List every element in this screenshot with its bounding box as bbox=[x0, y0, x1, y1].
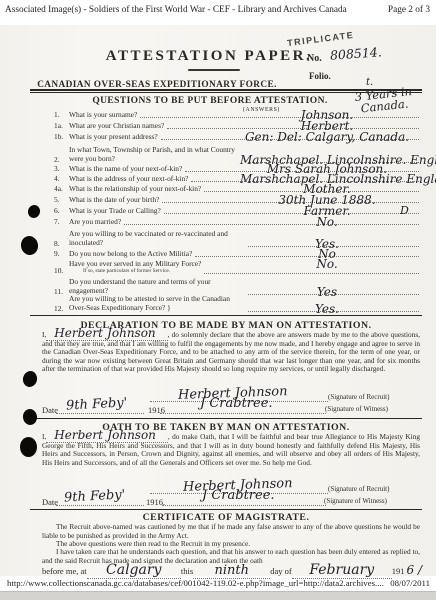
number-label: No. bbox=[307, 53, 322, 64]
question-text: What is your surname? bbox=[69, 110, 137, 119]
witness-signature-handwritten: J Crabtree. bbox=[200, 396, 273, 411]
question-row-4a: 4a.What is the relationship of your next… bbox=[54, 184, 422, 193]
date-dotted-line bbox=[56, 505, 144, 506]
question-number: 8. bbox=[54, 239, 69, 248]
question-text: What is your Trade or Calling? bbox=[69, 206, 161, 215]
section-rule bbox=[30, 418, 422, 419]
signature-of-recruit-label: (Signature of Recruit) bbox=[328, 393, 389, 401]
signature-of-witness-label: (Signature of Witness) bbox=[325, 405, 388, 413]
question-row-2: 2.In what Town, Township or Parish, and … bbox=[54, 145, 422, 164]
date-handwritten: 9th Feby' bbox=[66, 395, 128, 413]
question-row-10: 10.Have you ever served in any Military … bbox=[54, 259, 422, 275]
question-number: 1b. bbox=[54, 132, 69, 141]
question-number: 1. bbox=[54, 110, 69, 119]
question-text-block: Have you ever served in any Military For… bbox=[69, 259, 201, 275]
folio-label: Folio. bbox=[309, 71, 331, 81]
before-me-label: before me, at bbox=[42, 566, 87, 576]
question-text: In what Town, Township or Parish, and in… bbox=[69, 145, 245, 164]
question-number: 10. bbox=[54, 266, 69, 275]
question-number: 12. bbox=[54, 304, 69, 313]
question-row-1: 1.What is your surname?Johnson. bbox=[54, 110, 422, 119]
title-rule bbox=[188, 69, 240, 71]
declaration-paragraph: I,Herbert Johnson, do solemnly declare t… bbox=[42, 331, 420, 374]
question-text: Are you willing to be attested to serve … bbox=[69, 294, 245, 313]
section-rule bbox=[30, 509, 422, 510]
question-text: Are you married? bbox=[69, 217, 121, 226]
hole-punch-mark bbox=[19, 235, 39, 257]
question-number: 3. bbox=[54, 164, 69, 173]
questions-heading: QUESTIONS TO BE PUT BEFORE ATTESTATION. bbox=[88, 96, 332, 106]
question-number: 9. bbox=[54, 249, 69, 258]
question-row-12: 12.Are you willing to be attested to ser… bbox=[54, 294, 422, 313]
signature-of-witness-label: (Signature of Witness) bbox=[324, 497, 387, 505]
document-title: ATTESTATION PAPER. bbox=[98, 48, 320, 65]
corner-mark-handwritten: t. bbox=[366, 77, 373, 88]
question-text: What are your Christian names? bbox=[69, 121, 164, 130]
answer-handwritten: No. bbox=[240, 257, 414, 271]
place-handwritten: Calgary bbox=[87, 562, 181, 579]
question-row-5: 5.What is the date of your birth?30th Ju… bbox=[54, 195, 422, 204]
print-header-title: Associated Image(s) - Soldiers of the Fi… bbox=[5, 5, 347, 15]
question-subtext: If so, state particulars of former Servi… bbox=[83, 268, 201, 274]
question-text: What is your present address? bbox=[69, 132, 158, 141]
question-number: 4a. bbox=[54, 184, 69, 193]
print-footer-date: 08/07/2011 bbox=[390, 578, 430, 588]
question-row-1b: 1b.What is your present address?Gen: Del… bbox=[54, 132, 422, 141]
triplicate-stamp: TRIPLICATE bbox=[287, 30, 355, 48]
signature-dotted-line bbox=[162, 505, 326, 506]
question-number: 2. bbox=[54, 155, 69, 164]
oath-paragraph: I,Herbert Johnson, do make Oath, that I … bbox=[42, 433, 420, 467]
question-number: 5. bbox=[54, 195, 69, 204]
this-label: this bbox=[181, 566, 193, 576]
question-number: 4. bbox=[54, 174, 69, 183]
question-row-8: 8.Are you willing to be vaccinated or re… bbox=[54, 229, 422, 248]
question-text: What is the address of your next-of-kin? bbox=[69, 174, 188, 183]
question-number: 1a. bbox=[54, 121, 69, 130]
year-digit-handwritten: 6 / bbox=[405, 563, 423, 577]
answer-handwritten: Gen: Del: Calgary, Canada. bbox=[240, 130, 414, 144]
question-text: Do you now belong to the Active Militia? bbox=[69, 249, 192, 258]
question-text: What is the date of your birth? bbox=[69, 195, 159, 204]
section-rule bbox=[30, 315, 422, 316]
scanned-document: TRIPLICATE ATTESTATION PAPER. No. 808514… bbox=[0, 25, 436, 576]
question-number: 7. bbox=[54, 217, 69, 226]
question-row-1a: 1a.What are your Christian names?Herbert… bbox=[54, 121, 422, 130]
year-prefix: 191 bbox=[392, 566, 405, 576]
question-number: 6. bbox=[54, 206, 69, 215]
day-of-label: day of bbox=[270, 566, 291, 576]
question-text: Have you ever served in any Military For… bbox=[69, 259, 201, 268]
question-text: What is the relationship of your next-of… bbox=[69, 184, 201, 193]
signature-dotted-line bbox=[160, 413, 326, 414]
hole-punch-mark bbox=[27, 204, 42, 220]
day-handwritten: ninth bbox=[193, 563, 270, 579]
print-header-page-number: Page 2 of 3 bbox=[388, 5, 430, 15]
question-row-7: 7.Are you married?No. bbox=[54, 217, 422, 226]
answer-handwritten: No. bbox=[240, 215, 414, 229]
witness-signature-handwritten: J Crabtree. bbox=[202, 488, 275, 503]
window-bottom-strip bbox=[0, 591, 436, 600]
month-handwritten: February bbox=[292, 562, 392, 579]
date-dotted-line bbox=[56, 413, 144, 414]
regimental-number-handwritten: 808514. bbox=[330, 44, 383, 63]
certificate-paragraph-1: The Recruit above-named was cautioned by… bbox=[42, 523, 420, 540]
question-text: Are you willing to be vaccinated or re-v… bbox=[69, 229, 245, 248]
question-text: What is the name of your next-of-kin? bbox=[69, 164, 182, 173]
before-me-row: before me, at Calgary this ninth day of … bbox=[42, 562, 422, 579]
dotted-leader bbox=[204, 273, 419, 274]
question-row-6: 6.What is your Trade or Calling?Farmer.D bbox=[54, 206, 422, 215]
print-footer-url: http://www.collectionscanada.gc.ca/datab… bbox=[7, 578, 384, 588]
date-handwritten: 9th Feby' bbox=[64, 487, 126, 505]
hole-punch-mark bbox=[21, 370, 38, 389]
certificate-text: The Recruit above-named was cautioned by… bbox=[42, 522, 420, 540]
hole-punch-mark bbox=[20, 437, 37, 457]
answer-handwritten: Yes. bbox=[240, 302, 414, 316]
signature-of-recruit-label: (Signature of Recruit) bbox=[328, 485, 389, 493]
